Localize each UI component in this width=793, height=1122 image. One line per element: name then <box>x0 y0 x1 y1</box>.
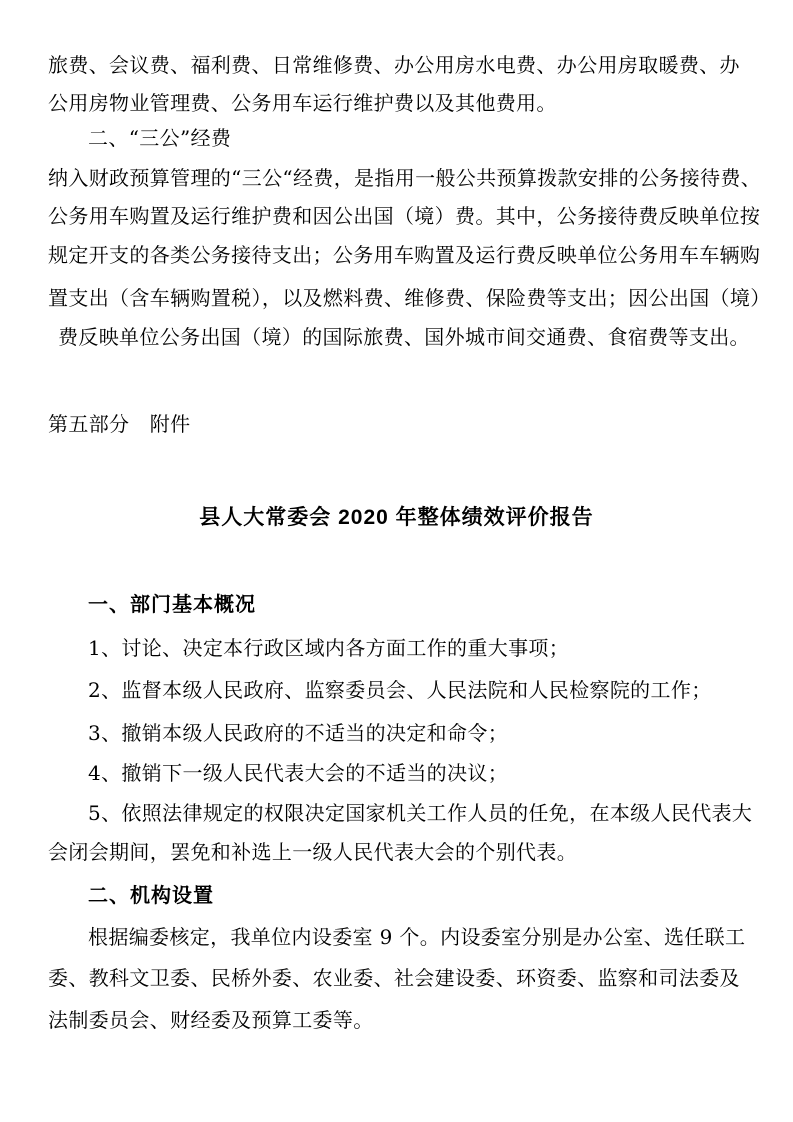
sangong-line-2: 公务用车购置及运行维护费和因公出国（境）费。其中，公务接待费反映单位按 <box>48 201 760 231</box>
intro-line-1: 旅费、会议费、福利费、日常维修费、办公用房水电费、办公用房取暖费、办 <box>48 50 740 80</box>
duty-item-1: 1、讨论、决定本行政区域内各方面工作的重大事项； <box>48 633 569 663</box>
sangong-heading: 二、“三公”经费 <box>48 123 231 153</box>
intro-line-2: 公用房物业管理费、公务用车运行维护费以及其他费用。 <box>48 88 557 118</box>
section2-heading: 二、机构设置 <box>48 881 214 911</box>
duty-item-3: 3、撤销本级人民政府的不适当的决定和命令； <box>48 718 508 748</box>
report-title: 县人大常委会 2020 年整体绩效评价报告 <box>0 503 793 533</box>
sangong-line-5: 费反映单位公务出国（境）的国际旅费、国外城市间交通费、食宿费等支出。 <box>48 322 750 352</box>
section1-heading: 一、部门基本概况 <box>48 590 256 620</box>
sangong-line-1: 纳入财政预算管理的“三公“经费，是指用一般公共预算拨款安排的公务接待费、 <box>48 163 761 193</box>
sangong-line-3: 规定开支的各类公务接待支出；公务用车购置及运行费反映单位公务用车车辆购 <box>48 240 760 270</box>
sangong-line-4: 置支出（含车辆购置税），以及燃料费、维修费、保险费等支出；因公出国（境） <box>48 283 771 313</box>
duty-item-5-continuation: 会闭会期间，罢免和补选上一级人民代表大会的个别代表。 <box>48 837 577 867</box>
duty-item-2: 2、监督本级人民政府、监察委员会、人民法院和人民检察院的工作； <box>48 675 712 705</box>
document-page: 旅费、会议费、福利费、日常维修费、办公用房水电费、办公用房取暖费、办 公用房物业… <box>0 0 793 1122</box>
part5-label: 第五部分 附件 <box>48 409 190 439</box>
duty-item-4: 4、撤销下一级人民代表大会的不适当的决议； <box>48 758 508 788</box>
org-line-1: 根据编委核定，我单位内设委室 9 个。内设委室分别是办公室、选任联工 <box>48 922 745 952</box>
org-line-2: 委、教科文卫委、民桥外委、农业委、社会建设委、环资委、监察和司法委及 <box>48 963 740 993</box>
duty-item-5: 5、依照法律规定的权限决定国家机关工作人员的任免，在本级人民代表大 <box>48 798 752 828</box>
org-line-3: 法制委员会、财经委及预算工委等。 <box>48 1005 374 1035</box>
